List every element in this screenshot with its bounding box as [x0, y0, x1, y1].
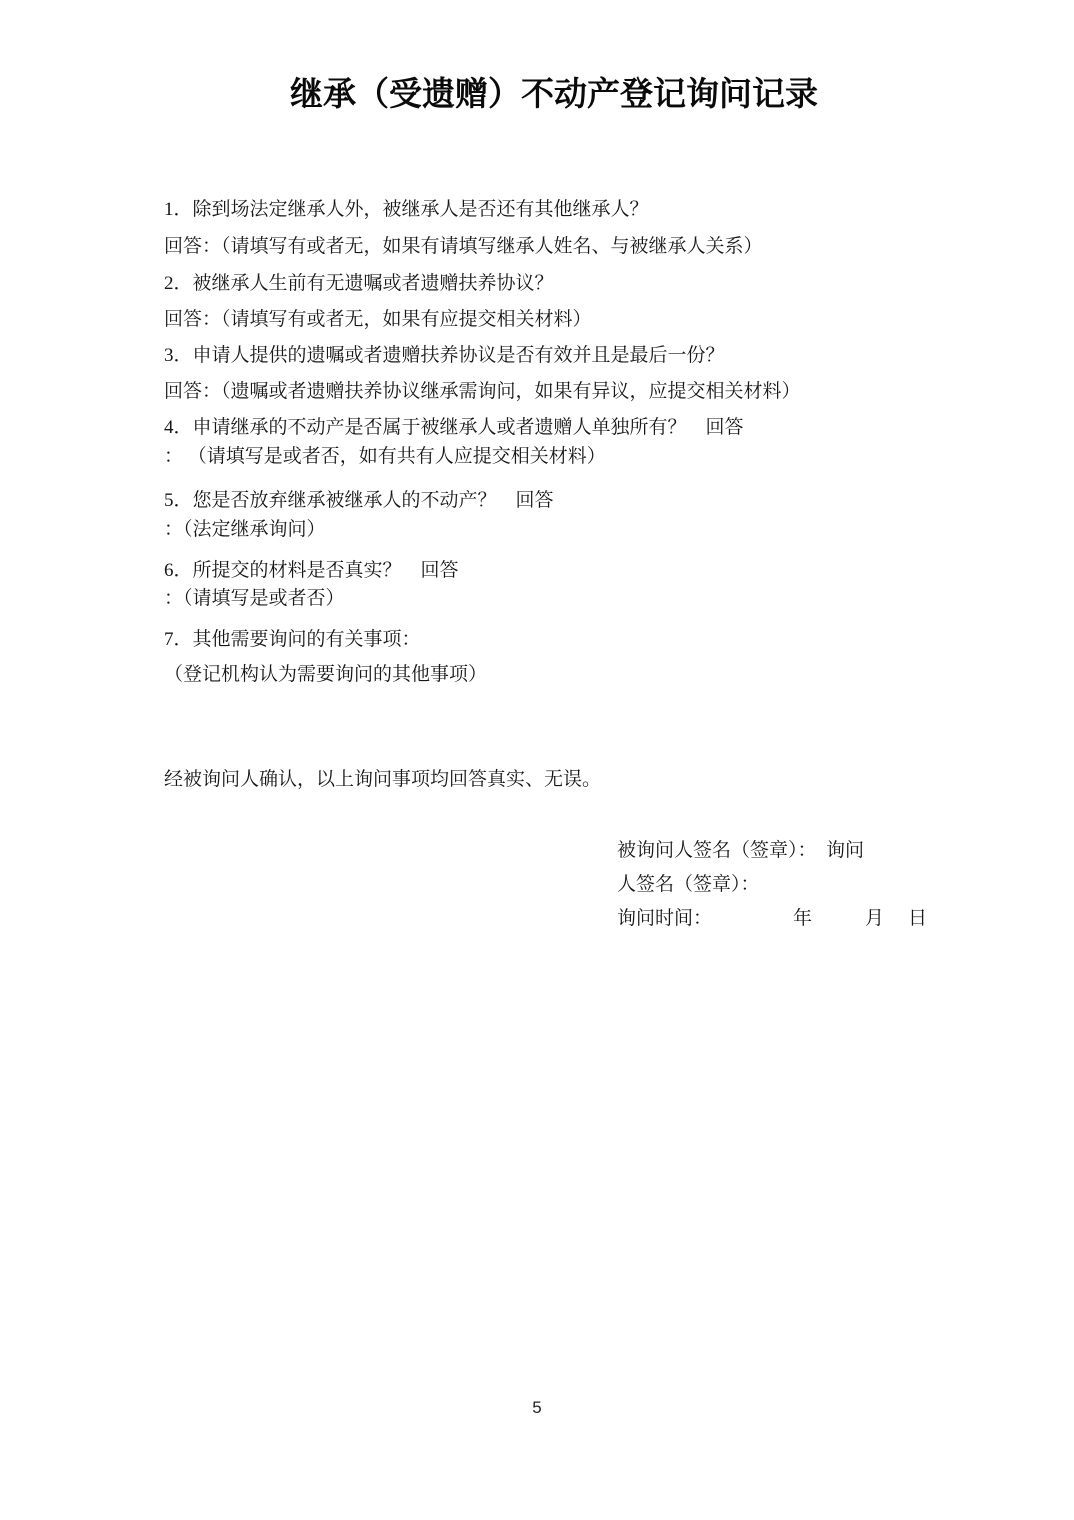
question-5: 5．您是否放弃继承被继承人的不动产？ 回答 — [164, 488, 884, 514]
inquiry-time-label: 询问时间： — [617, 908, 712, 929]
question-6: 6．所提交的材料是否真实？ 回答 — [164, 558, 884, 584]
confirmation-line: 经被询问人确认，以上询问事项均回答真实、无误。 — [164, 767, 884, 793]
document-body: 1．除到场法定继承人外，被继承人是否还有其他继承人？ 回答：（请填写有或者无，如… — [164, 197, 884, 793]
question-1: 1．除到场法定继承人外，被继承人是否还有其他继承人？ — [164, 197, 884, 223]
inquiry-time-line: 询问时间：年月日 — [617, 906, 957, 932]
document-title: 继承（受遗赠）不动产登记询问记录 — [290, 74, 818, 116]
answer-3: 回答：（遗嘱或者遗赠扶养协议继承需询问，如果有异议，应提交相关材料） — [164, 379, 884, 405]
page-number: 5 — [0, 1398, 1074, 1418]
question-5-wrap: ：（法定继承询问） — [164, 517, 884, 543]
question-7: 7．其他需要询问的有关事项： — [164, 627, 884, 653]
question-3: 3．申请人提供的遗嘱或者遗赠扶养协议是否有效并且是最后一份？ — [164, 343, 884, 369]
question-7-note: （登记机构认为需要询问的其他事项） — [164, 662, 884, 688]
document-page: 继承（受遗赠）不动产登记询问记录 1．除到场法定继承人外，被继承人是否还有其他继… — [0, 0, 1074, 1520]
day-label: 日 — [908, 906, 927, 932]
year-label: 年 — [793, 906, 812, 932]
question-4: 4．申请继承的不动产是否属于被继承人或者遗赠人单独所有？ 回答 — [164, 415, 884, 441]
month-label: 月 — [865, 906, 884, 932]
question-2: 2．被继承人生前有无遗嘱或者遗赠扶养协议？ — [164, 271, 884, 297]
interviewee-signature-line: 被询问人签名（签章）： 询问 — [617, 838, 957, 864]
question-6-wrap: ：（请填写是或者否） — [164, 586, 884, 612]
interviewer-signature-line: 人签名（签章）： — [617, 872, 957, 898]
answer-1: 回答：（请填写有或者无，如果有请填写继承人姓名、与被继承人关系） — [164, 234, 884, 260]
question-4-wrap: ： （请填写是或者否，如有共有人应提交相关材料） — [164, 444, 884, 470]
signature-block: 被询问人签名（签章）： 询问 人签名（签章）： 询问时间：年月日 — [617, 838, 957, 940]
answer-2: 回答：（请填写有或者无，如果有应提交相关材料） — [164, 307, 884, 333]
